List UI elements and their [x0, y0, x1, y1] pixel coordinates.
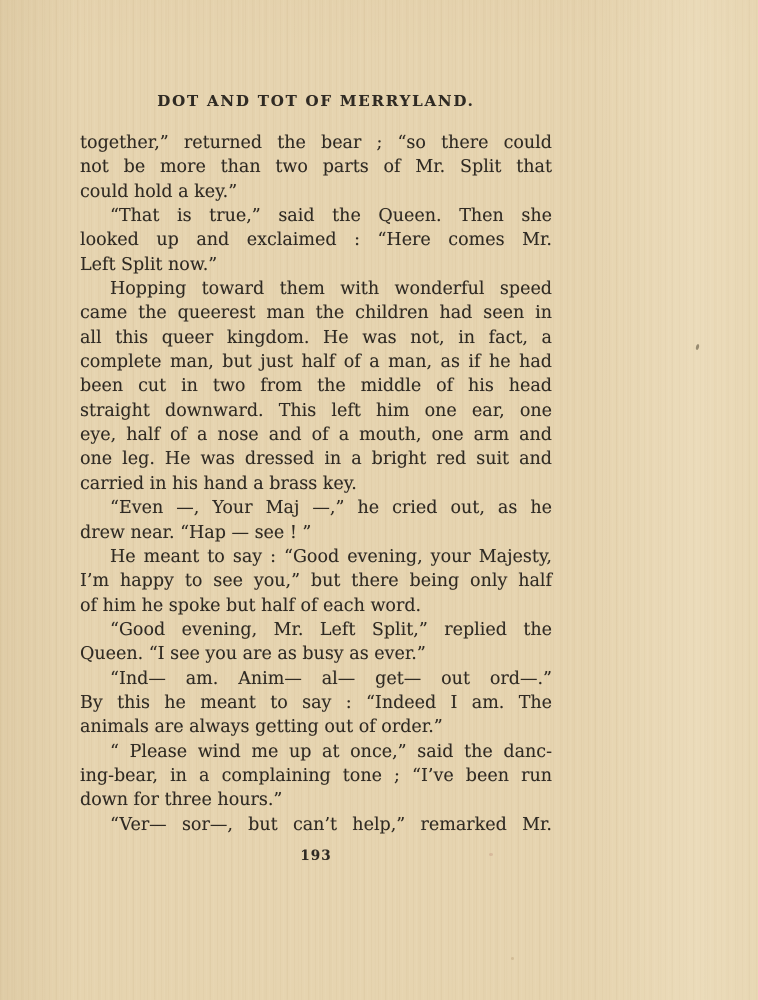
text-line: Left Split now.” [80, 253, 552, 277]
text-line: drew near. “Hap — see ! ” [80, 521, 552, 545]
paper-speck [511, 957, 514, 960]
running-header: DOT AND TOT OF MERRYLAND. [80, 92, 552, 110]
text-line: looked up and exclaimed : “Here comes Mr… [80, 228, 552, 252]
text-line: complete man, but just half of a man, as… [80, 350, 552, 374]
book-page-scan: DOT AND TOT OF MERRYLAND. together,” ret… [0, 0, 758, 1000]
text-line: been cut in two from the middle of his h… [80, 374, 552, 398]
text-line: could hold a key.” [80, 180, 552, 204]
text-line: all this queer kingdom. He was not, in f… [80, 326, 552, 350]
page-number: 193 [80, 848, 552, 864]
text-line: “Ind— am. Anim— al— get— out ord—.” [80, 667, 552, 691]
text-line: By this he meant to say : “Indeed I am. … [80, 691, 552, 715]
text-line: I’m happy to see you,” but there being o… [80, 569, 552, 593]
text-line: down for three hours.” [80, 788, 552, 812]
text-line: straight downward. This left him one ear… [80, 399, 552, 423]
text-line: He meant to say : “Good evening, your Ma… [80, 545, 552, 569]
text-line: eye, half of a nose and of a mouth, one … [80, 423, 552, 447]
paper-speck [489, 853, 493, 856]
text-line: “Ver— sor—, but can’t help,” remarked Mr… [80, 813, 552, 837]
text-line: ing-bear, in a complaining tone ; “I’ve … [80, 764, 552, 788]
text-line: “ Please wind me up at once,” said the d… [80, 740, 552, 764]
text-block: together,” returned the bear ; “so there… [80, 131, 552, 837]
text-line: animals are always getting out of order.… [80, 715, 552, 739]
text-line: Queen. “I see you are as busy as ever.” [80, 642, 552, 666]
paper-speck [695, 344, 699, 351]
text-line: Hopping toward them with wonderful speed [80, 277, 552, 301]
text-line: carried in his hand a brass key. [80, 472, 552, 496]
text-line: one leg. He was dressed in a bright red … [80, 447, 552, 471]
text-line: together,” returned the bear ; “so there… [80, 131, 552, 155]
text-line: “Good evening, Mr. Left Split,” replied … [80, 618, 552, 642]
text-line: “Even —, Your Maj —,” he cried out, as h… [80, 496, 552, 520]
text-line: of him he spoke but half of each word. [80, 594, 552, 618]
text-line: not be more than two parts of Mr. Split … [80, 155, 552, 179]
text-line: “That is true,” said the Queen. Then she [80, 204, 552, 228]
text-line: came the queerest man the children had s… [80, 301, 552, 325]
